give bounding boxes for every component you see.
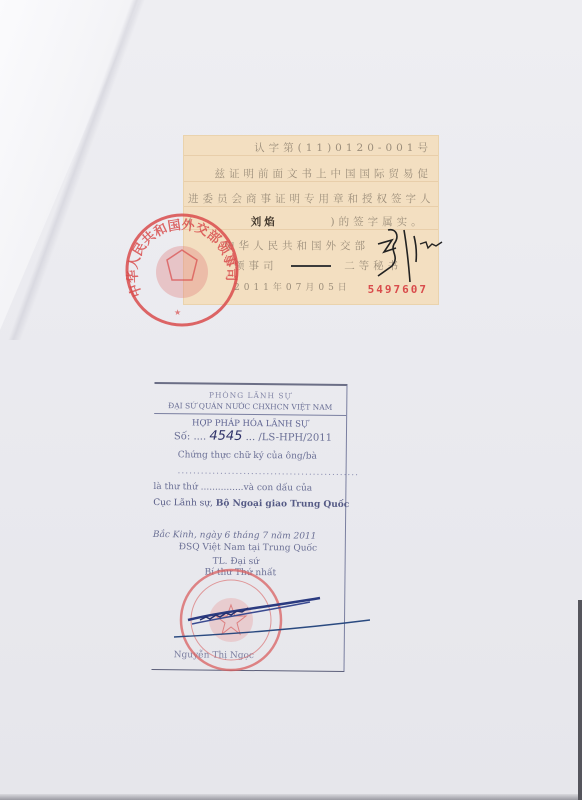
ministry-line: Cục Lãnh sự, Bộ Ngoại giao Trung Quốc [153, 498, 349, 510]
official-signature [370, 222, 445, 287]
name-dots-line: ........................................… [178, 466, 360, 478]
ministry-prefix: Cục Lãnh sự, [153, 498, 216, 509]
legalization-number: 4545 [209, 429, 242, 444]
stamp-header-office: PHÒNG LÃNH SỰ [154, 390, 346, 401]
legalization-number-line: Số: .... 4545 ... /LS-HPH/2011 [154, 428, 346, 445]
page-bottom-edge [0, 794, 582, 800]
svg-text:★: ★ [174, 308, 181, 317]
consul-signature [170, 590, 370, 650]
ministry-name: Bộ Ngoại giao Trung Quốc [216, 499, 350, 510]
certificate-line-2: 进委员会商事证明专用章和授权签字人 [184, 191, 438, 207]
title-line: là thư thứ ...............và con dấu của [153, 482, 312, 494]
certify-line: Chứng thực chữ ký của ông/bà [178, 450, 317, 461]
number-suffix: /LS-HPH/2011 [258, 432, 332, 444]
stamp-header-embassy: ĐẠI SỨ QUÁN NƯỚC CHXHCN VIỆT NAM [154, 401, 346, 416]
document-page: 认字第(11)0120-001号 兹证明前面文书上中国国际贸易促 进委员会商事证… [0, 0, 582, 800]
page-right-edge [578, 600, 582, 800]
certificate-line-1: 兹证明前面文书上中国国际贸易促 [184, 166, 438, 182]
reference-line: 认字第(11)0120-001号 [184, 140, 438, 156]
signature-dash [291, 265, 331, 267]
place-date-line: Bắc Kinh, ngày 6 tháng 7 năm 2011 [153, 530, 317, 542]
number-label: Số: [174, 431, 190, 442]
chinese-consular-seal: 中华人民共和国外交部领事司 ★ [122, 210, 242, 330]
signatory-name: 刘焰 [251, 216, 278, 228]
embassy-line: ĐSQ Việt Nam tại Trung Quốc [179, 542, 317, 553]
